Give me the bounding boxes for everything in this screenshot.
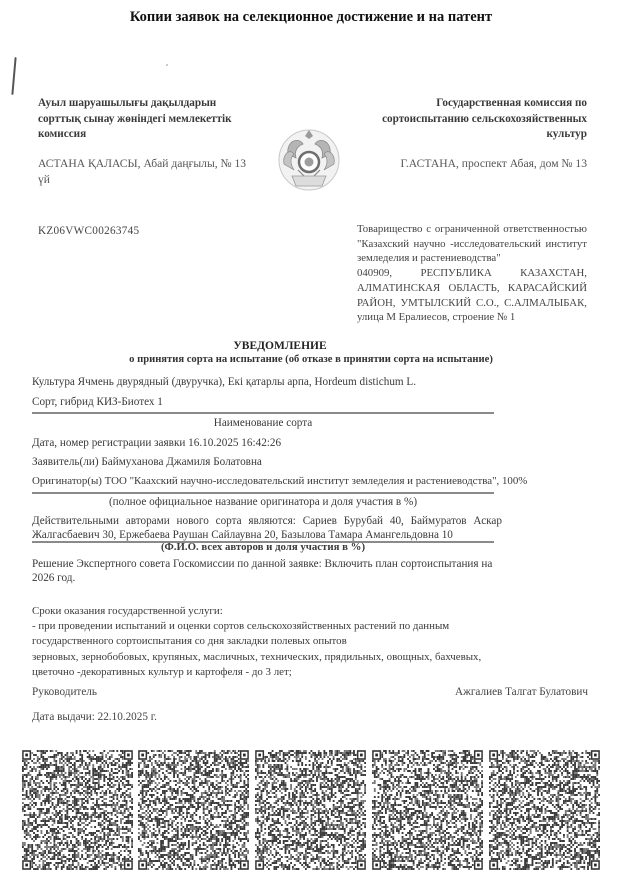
divider bbox=[32, 412, 494, 414]
qr-code-pattern-icon bbox=[372, 750, 483, 870]
notice-title-text: УВЕДОМЛЕНИЕ bbox=[233, 340, 326, 352]
qr-code bbox=[489, 750, 600, 870]
originators-field: Оригинатор(ы) ТОО "Каахский научно-иссле… bbox=[32, 475, 494, 487]
notice-subtitle: о принятия сорта на испытание (об отказе… bbox=[0, 354, 622, 365]
variety-caption: Наименование сорта bbox=[32, 417, 494, 429]
registration-number: KZ06VWC00263745 bbox=[38, 225, 139, 237]
director-label: Руководитель bbox=[32, 686, 97, 698]
authors-field: Действительными авторами нового сорта яв… bbox=[32, 514, 502, 542]
pen-mark bbox=[11, 57, 16, 95]
applicants-field: Заявитель(ли) Баймуханова Джамиля Болато… bbox=[32, 456, 494, 468]
qr-code bbox=[372, 750, 483, 870]
authors-caption: (Ф.И.О. всех авторов и доля участия в %) bbox=[32, 541, 494, 553]
service-terms: Сроки оказания государственной услуги: -… bbox=[32, 604, 502, 680]
qr-code bbox=[138, 750, 249, 870]
recipient-org: Товарищество с ограниченной ответственно… bbox=[357, 222, 587, 266]
notice-title: УВЕДОМЛЕНИЕ bbox=[0, 340, 622, 352]
qr-code-pattern-icon bbox=[489, 750, 600, 870]
qr-code-pattern-icon bbox=[138, 750, 249, 870]
left-org-line: сорттық сынау жөніндегі мемлекеттік bbox=[38, 112, 268, 128]
culture-field: Культура Ячмень двурядный (двуручка), Ек… bbox=[32, 376, 494, 388]
variety-field: Сорт, гибрид КИЗ-Биотех 1 bbox=[32, 396, 494, 408]
left-address-line: АСТАНА ҚАЛАСЫ, Абай даңғылы, № 13 bbox=[38, 156, 268, 172]
left-address-line: үй bbox=[38, 172, 268, 188]
right-org-line: сортоиспытанию сельскохозяйственных bbox=[330, 112, 587, 128]
right-address: Г.АСТАНА, проспект Абая, дом № 13 bbox=[330, 157, 587, 170]
recipient-block: Товарищество с ограниченной ответственно… bbox=[357, 222, 587, 325]
terms-line-2: зерновых, зернобобовых, крупяных, маслич… bbox=[32, 650, 502, 680]
scan-speck bbox=[166, 64, 168, 66]
qr-code bbox=[255, 750, 366, 870]
qr-code-pattern-icon bbox=[22, 750, 133, 870]
originators-caption: (полное официальное название оригинатора… bbox=[32, 496, 494, 508]
right-org-line: культур bbox=[330, 127, 587, 143]
right-org-line: Государственная комиссия по bbox=[330, 96, 587, 112]
terms-line-1: - при проведении испытаний и оценки сорт… bbox=[32, 619, 502, 649]
qr-code-pattern-icon bbox=[255, 750, 366, 870]
application-date-field: Дата, номер регистрации заявки 16.10.202… bbox=[32, 437, 494, 449]
qr-code bbox=[22, 750, 133, 870]
page-title: Копии заявок на селекционное достижение … bbox=[0, 9, 622, 26]
recipient-address: 040909, РЕСПУБЛИКА КАЗАХСТАН, АЛМАТИНСКА… bbox=[357, 266, 587, 325]
director-name: Ажгалиев Талгат Булатович bbox=[360, 686, 588, 698]
left-org-line: Ауыл шаруашылығы дақылдарын bbox=[38, 96, 268, 112]
left-org-line: комиссия bbox=[38, 127, 268, 143]
issue-date: Дата выдачи: 22.10.2025 г. bbox=[32, 711, 157, 723]
divider bbox=[32, 492, 494, 494]
left-address: АСТАНА ҚАЛАСЫ, Абай даңғылы, № 13 үй bbox=[38, 156, 268, 187]
terms-heading: Сроки оказания государственной услуги: bbox=[32, 604, 502, 619]
right-org-name: Государственная комиссия по сортоиспытан… bbox=[330, 96, 587, 143]
left-org-name: Ауыл шаруашылығы дақылдарын сорттық сына… bbox=[38, 96, 268, 143]
expert-decision: Решение Экспертного совета Госкомиссии п… bbox=[32, 557, 502, 585]
